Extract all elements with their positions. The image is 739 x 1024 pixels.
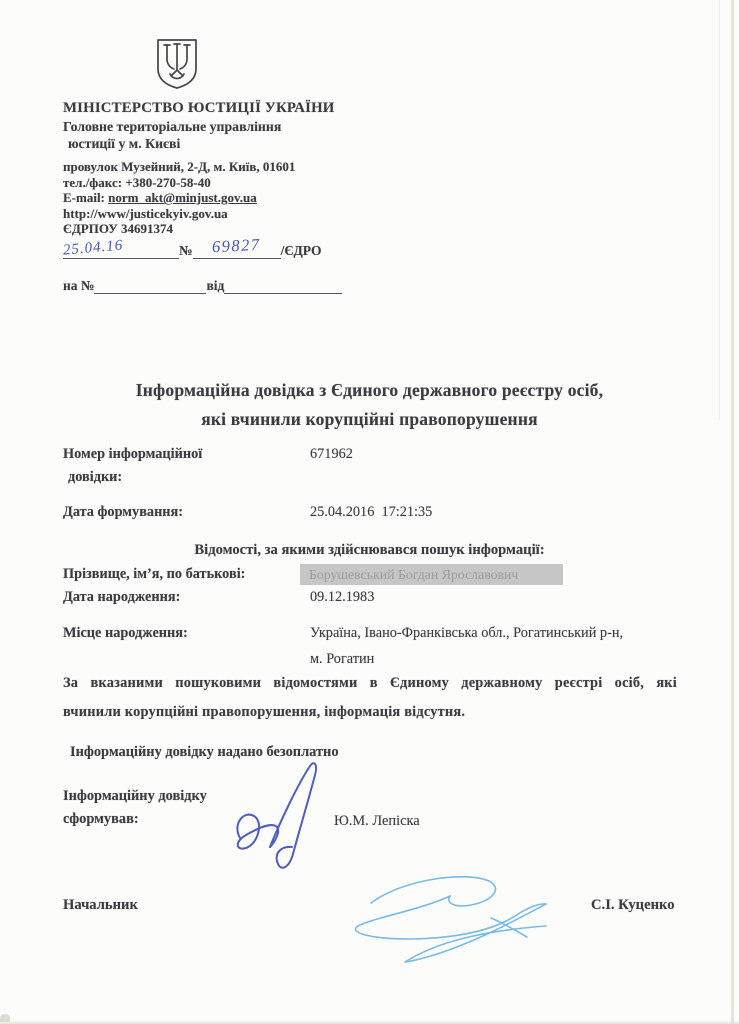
scan-edge-artifact-inner [719, 0, 720, 420]
handwritten-date: 25.04.16 [62, 237, 124, 259]
document-title: Інформаційна довідка з Єдиного державног… [0, 376, 739, 433]
email-label: E-mail: [63, 190, 108, 205]
ukraine-tryzub-emblem-icon [155, 37, 199, 91]
handwritten-number: 69827 [212, 235, 262, 258]
birthdate-label: Дата народження: [63, 589, 180, 606]
department-name-line1: Головне територіальне управління [63, 119, 281, 135]
scan-blot-bottom-left [0, 1014, 10, 1022]
edro-suffix: /ЄДРО [281, 243, 322, 259]
birthplace-label: Місце народження: [63, 625, 188, 642]
formed-by-name: Ю.М. Лепіска [334, 813, 420, 830]
scan-edge-artifact-bottom [0, 1020, 739, 1024]
phone-line: тел./факс: +380-270-58-40 [63, 175, 295, 191]
search-result-line2: вчинили корупційні правопорушення, інфор… [63, 698, 677, 727]
full-name-label: Прізвище, ім’я, по батькові: [63, 566, 245, 583]
chief-label: Начальник [63, 897, 138, 914]
birthplace-value-line1: Україна, Івано-Франківська обл., Рогатин… [310, 625, 623, 642]
ministry-name: МІНІСТЕРСТВО ЮСТИЦІЇ УКРАЇНИ [63, 100, 335, 117]
incoming-number-label: на № [63, 278, 94, 294]
redacted-name-highlight: Борушевський Богдан Ярославович [300, 564, 563, 585]
certificate-number-value: 671962 [310, 446, 353, 463]
signature-kutsenko [343, 861, 553, 969]
document-title-line1: Інформаційна довідка з Єдиного державног… [0, 376, 739, 405]
certificate-number-label-line1: Номер інформаційної [63, 446, 202, 463]
address-line: провулок Музейний, 2-Д, м. Київ, 01601 [63, 159, 295, 175]
handwritten-number-field: 69827 [193, 238, 281, 259]
handwritten-date-field: 25.04.16 [63, 241, 179, 259]
number-sign: № [179, 243, 193, 259]
contact-block: провулок Музейний, 2-Д, м. Київ, 01601 т… [63, 159, 295, 237]
redacted-name-value: Борушевський Богдан Ярославович [300, 564, 563, 585]
search-criteria-heading: Відомості, за якими здійснювався пошук і… [63, 542, 676, 559]
chief-name: С.І. Куценко [591, 897, 675, 914]
email-line: E-mail: norm_akt@minjust.gov.ua [63, 190, 295, 206]
birthdate-value: 09.12.1983 [310, 589, 374, 606]
scanned-document-page: МІНІСТЕРСТВО ЮСТИЦІЇ УКРАЇНИ Головне тер… [0, 0, 739, 1024]
website-line: http://www/justicekyiv.gov.ua [63, 206, 295, 222]
document-title-line2: які вчинили корупційні правопорушення [0, 405, 739, 434]
formation-date-value: 25.04.2016 17:21:35 [310, 504, 432, 521]
incoming-reference-line: на №від [63, 276, 342, 294]
search-result-paragraph: За вказаними пошуковими відомостями в Єд… [63, 669, 677, 727]
incoming-number-blank [94, 293, 206, 294]
formed-by-label-line2: сформував: [63, 811, 139, 828]
search-result-line1: За вказаними пошуковими відомостями в Єд… [63, 669, 677, 698]
email-address: norm_akt@minjust.gov.ua [108, 190, 257, 205]
formed-by-label-line1: Інформаційну довідку [63, 788, 207, 805]
department-name-line2: юстиції у м. Києві [68, 136, 180, 152]
outgoing-reference-line: 25.04.16№69827/ЄДРО [63, 231, 321, 259]
formation-date-label: Дата формування: [63, 504, 183, 521]
incoming-date-blank [224, 293, 342, 294]
birthplace-value-line2: м. Рогатин [310, 651, 374, 668]
certificate-number-label-line2: довідки: [68, 469, 122, 486]
free-of-charge-notice: Інформаційну довідку надано безоплатно [70, 744, 339, 761]
scan-edge-artifact-right [731, 0, 734, 1024]
signature-lepiska [222, 760, 332, 878]
incoming-from-label: від [206, 278, 224, 294]
